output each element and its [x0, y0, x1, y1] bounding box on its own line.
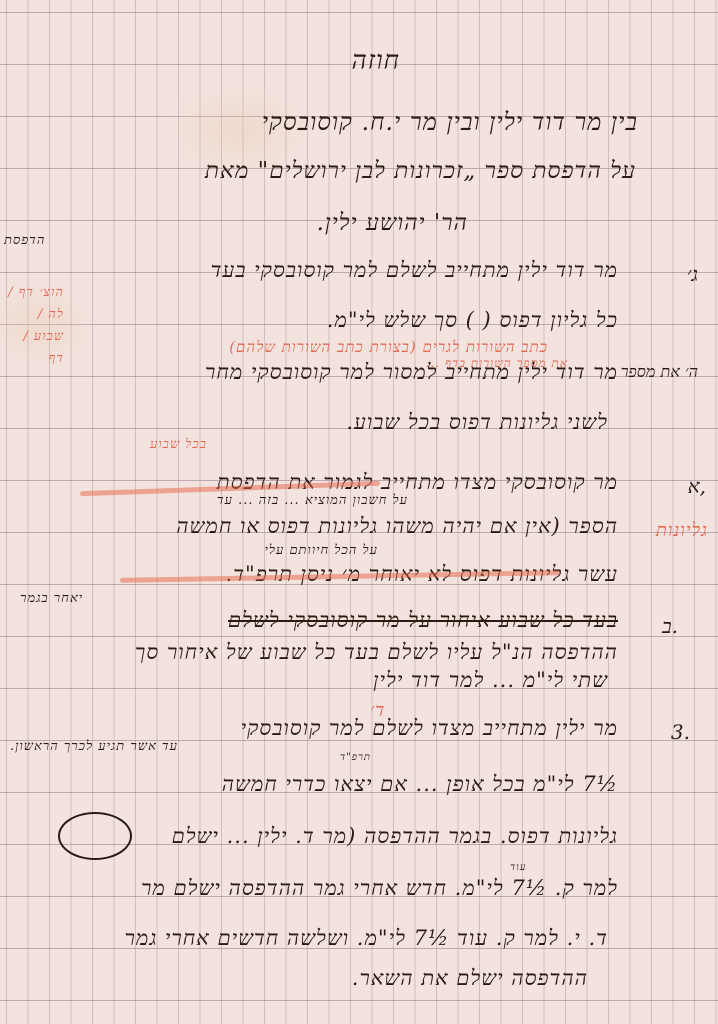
clause-3-line-5: ד. י. למר ק. עוד ½7 לי"מ. ושלשה חדשים אח…: [125, 926, 608, 951]
superscript-amount: עוד: [510, 862, 526, 873]
clause-alef-line-2: הספר (אין אם יהיה משהו גליונות דפוס או ח…: [176, 514, 618, 539]
clause-gimel-line-4: לשני גליונות דפוס בכל שבוע.: [346, 410, 608, 435]
clause-gimel-line-2: כל גליון דפוס ( ) סך שלש לי"מ.: [327, 308, 618, 333]
subject-line-1: על הדפסת ספר „זכרונות לבן ירושלים" מאת: [205, 158, 636, 184]
red-margin-note-left: הוצ׳ דף / לה / שבוע / דף: [4, 282, 64, 370]
red-annotation-1: כתב השורות לגרים (בצורת כתב השורות שלהם): [229, 338, 548, 357]
clause-3-line-2: ½7 לי"מ בכל אופן ... אם יצאו כדרי חמשה: [222, 772, 618, 797]
subject-line-2: הר' יהושע ילין.: [317, 210, 468, 236]
red-margin-above: בכל שבוע: [150, 436, 207, 452]
clause-marker-alef: א,: [688, 474, 706, 499]
interlinear-alef-above: על חשבון המוציא ... בזה ... עד: [217, 492, 408, 508]
margin-note-top: הדפסת: [4, 232, 45, 248]
parties-line: בין מר דוד ילין ובין מר י.ח. קוסובסקי: [262, 108, 638, 137]
document-title: חוזה: [351, 46, 400, 76]
clause-3-line-4: למר ק. ½7 לי"מ. חדש אחרי גמר ההדפסה ישלם…: [141, 876, 618, 901]
red-margin-right: גליונות: [656, 520, 708, 541]
circled-correction: [58, 812, 132, 860]
clause-3-line-3: גליונות דפוס. בגמר ההדפסה (מר ד. ילין ..…: [172, 824, 618, 849]
interlinear-bet-above: יאחר בגמר: [20, 590, 83, 606]
clause-bet-line-1-struck: בעד כל שבוע איחור על מר קוסובסקי לשלם: [228, 608, 618, 633]
clause-3-line-6: ההדפסה ישלם את השאר.: [352, 966, 588, 991]
interlinear-3-small: תרפ"ד: [340, 752, 371, 763]
clause-marker-he: ה׳ את מספר: [621, 362, 698, 382]
clause-marker-gimel: ג׳: [687, 262, 698, 287]
interlinear-alef-below: על הכל חיוותם עלי: [264, 542, 378, 558]
clause-bet-line-2: ההדפסה הנ"ל עליו לשלם בעד כל שבוע של איח…: [135, 640, 618, 665]
clause-bet-line-3: שתי לי"מ ... למר דוד ילין: [373, 668, 608, 693]
interlinear-3-above: עד אשר תגיע לכרך הראשון.: [10, 738, 178, 754]
graph-paper-background: [0, 0, 718, 1024]
clause-gimel-line-3: מר דוד ילין מתחייב למסור למר קוסובסקי מח…: [205, 360, 618, 385]
clause-3-line-1: מר ילין מתחייב מצדו לשלם למר קוסובסקי: [241, 716, 618, 741]
clause-marker-3: 3.: [671, 720, 690, 744]
clause-gimel-line-1: מר דוד ילין מתחייב לשלם למר קוסובסקי בעד: [211, 258, 618, 283]
clause-marker-bet: ב.: [662, 614, 678, 639]
